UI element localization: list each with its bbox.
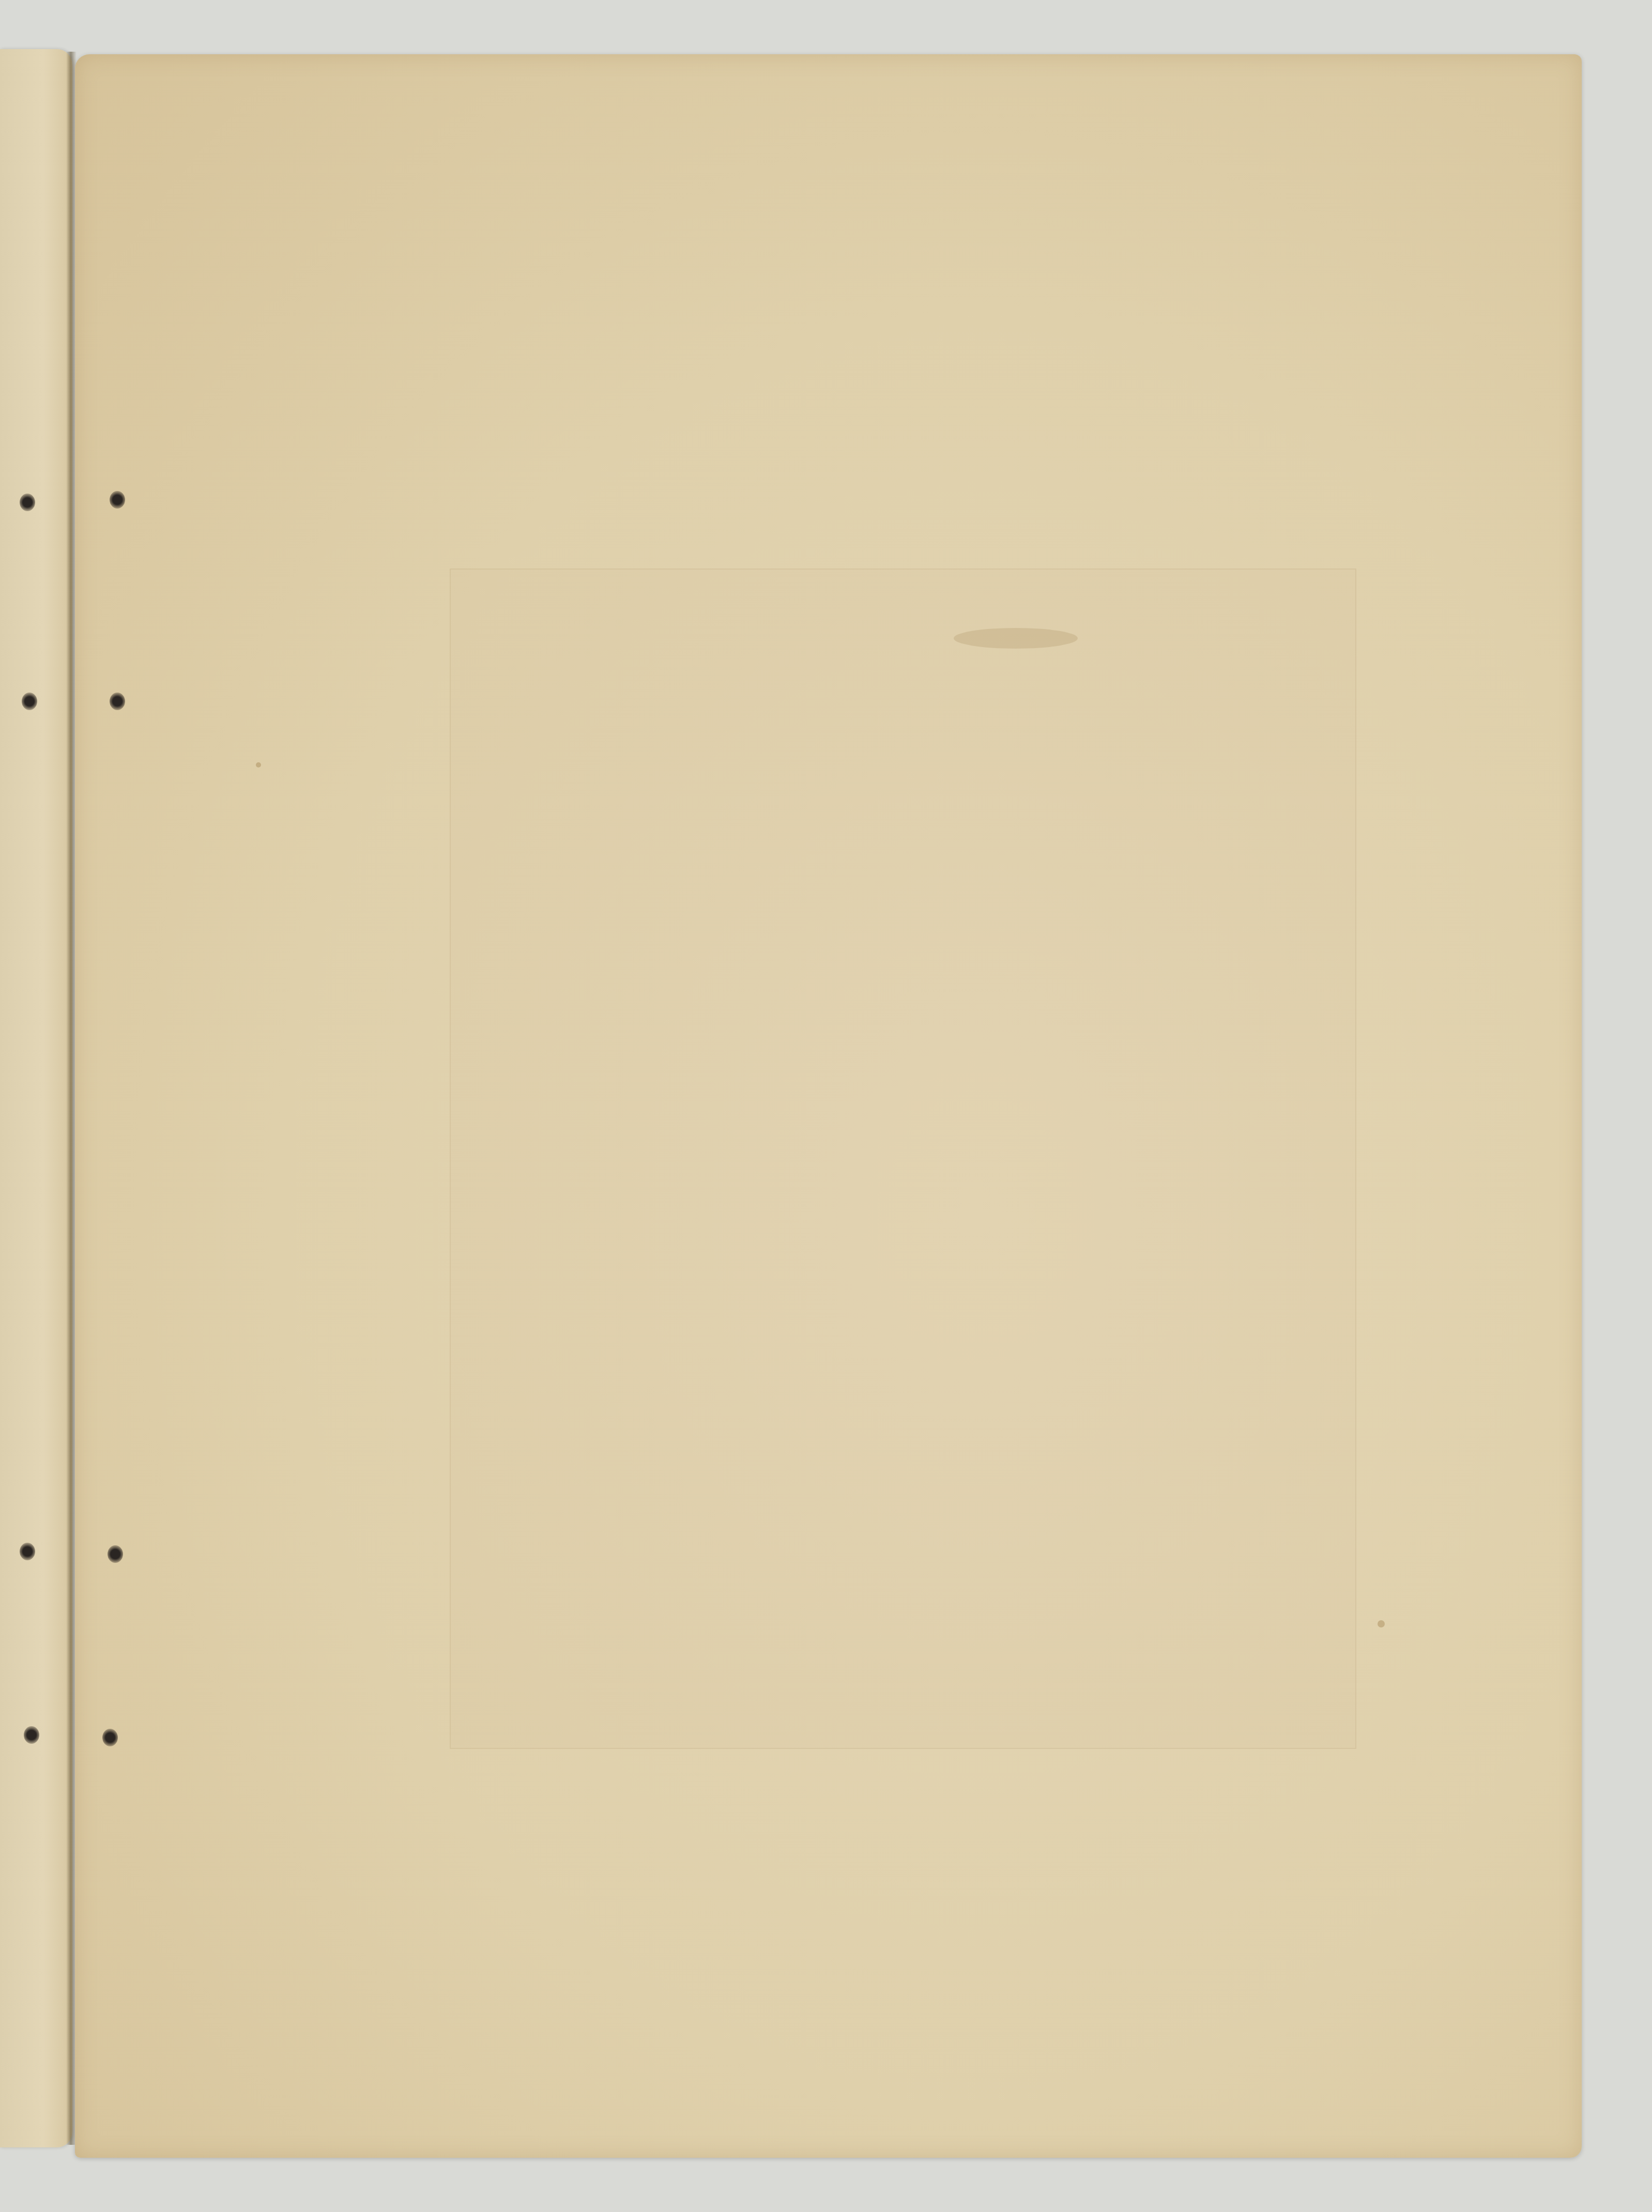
stitch-hole <box>108 1545 123 1563</box>
stitch-hole <box>20 1543 35 1560</box>
stitch-hole <box>110 491 125 509</box>
foxing-stain <box>954 628 1078 649</box>
foxing-spot <box>1378 1620 1385 1627</box>
stitch-hole <box>22 693 37 710</box>
stitch-hole <box>110 693 125 710</box>
stitch-hole <box>20 494 35 511</box>
blank-page <box>75 54 1582 2158</box>
plate-mark <box>450 569 1356 1749</box>
stitch-hole <box>24 1726 39 1744</box>
foxing-spot <box>256 762 261 767</box>
facing-page-edge <box>0 49 72 2147</box>
stitch-hole <box>102 1729 118 1746</box>
